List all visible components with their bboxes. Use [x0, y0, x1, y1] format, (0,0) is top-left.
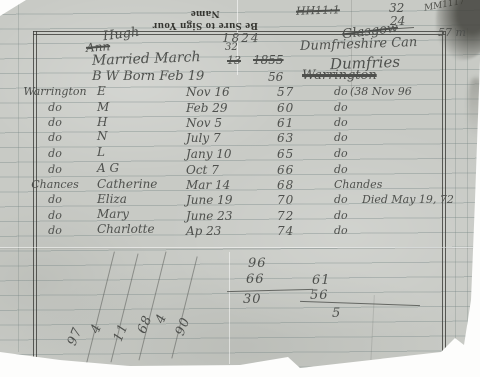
- faint-margin-rule: [18, 0, 19, 352]
- sum2-top: 61: [312, 274, 331, 287]
- birth-year: 61: [277, 117, 294, 129]
- birth-date: June 23: [186, 210, 232, 222]
- birth-date: Feb 29: [186, 102, 228, 114]
- residence: do: [334, 86, 348, 97]
- born-year: 56: [268, 71, 283, 83]
- sum1-top: 96: [248, 257, 267, 270]
- paper-sheet: Be Sure to Sign Your Name HH11:1 32 24 M…: [0, 0, 480, 377]
- birth-year: 65: [277, 148, 294, 160]
- fraction-numerator: 32: [389, 2, 404, 14]
- margin-surname: Warrington: [16, 86, 94, 97]
- margin-surname: do: [16, 210, 94, 221]
- birth-year: 70: [277, 194, 294, 206]
- birth-year: 63: [277, 132, 294, 144]
- tally-marks: HH11:1: [296, 4, 340, 17]
- birth-year: 72: [277, 210, 294, 222]
- given-name: A G: [97, 162, 119, 174]
- birth-date: Nov 16: [186, 86, 230, 98]
- married-label: Married March: [92, 50, 201, 68]
- birth-date: June 19: [186, 194, 232, 206]
- given-name: E: [97, 85, 106, 97]
- printed-sign-name-label: Be Sure to Sign Your Name: [138, 8, 272, 32]
- table-border-right-inner: [445, 31, 446, 349]
- birth-year: 66: [277, 164, 294, 176]
- residence: do: [334, 164, 348, 175]
- residence: do: [334, 194, 348, 205]
- age-note: 57 m: [438, 27, 466, 38]
- birth-year: 60: [277, 102, 294, 114]
- given-name: L: [97, 146, 105, 158]
- residence: Chandes: [334, 179, 382, 190]
- margin-surname: do: [16, 225, 94, 236]
- married-day-struck: 13: [227, 55, 241, 66]
- residence: do: [334, 225, 348, 236]
- sum1-result: 30: [243, 293, 262, 306]
- margin-surname: do: [16, 148, 94, 159]
- margin-surname: do: [16, 117, 94, 128]
- sum1-bottom: 66: [246, 273, 265, 286]
- residence: do: [334, 210, 348, 221]
- row-note: (38 Nov 96: [350, 86, 412, 97]
- residence: do: [334, 132, 348, 143]
- given-name: Mary: [97, 208, 129, 220]
- faint-right-rule-2: [467, 28, 468, 344]
- edge-smudge: [468, 78, 480, 138]
- margin-surname: do: [16, 132, 94, 143]
- residence: do: [334, 102, 348, 113]
- crease-horizontal: [0, 247, 480, 248]
- birth-year: 57: [277, 86, 294, 98]
- given-name: Charlotte: [97, 223, 155, 235]
- given-name: Eliza: [97, 193, 127, 205]
- residence: do: [334, 117, 348, 128]
- birth-date: Jany 10: [186, 148, 232, 160]
- sum2-result: 5: [332, 307, 340, 320]
- birthplace: Dumfrieshire Can: [300, 36, 418, 53]
- birth-year: 68: [277, 179, 294, 191]
- given-name: H: [97, 116, 107, 128]
- born-label: B W Born Feb 19: [92, 70, 204, 83]
- margin-surname: do: [16, 102, 94, 113]
- table-border-right-outer: [442, 31, 443, 351]
- birth-date: Oct 7: [186, 164, 219, 176]
- birth-date: July 7: [186, 132, 221, 144]
- margin-surname: Chances: [16, 179, 94, 190]
- birth-date: Ap 23: [186, 225, 221, 237]
- birth-date: Mar 14: [186, 179, 230, 191]
- margin-surname: do: [16, 164, 94, 175]
- given-name: M: [97, 101, 109, 113]
- given-name: N: [97, 130, 108, 142]
- scanned-ledger-page: Be Sure to Sign Your Name HH11:1 32 24 M…: [0, 0, 480, 377]
- birth-year: 74: [277, 225, 294, 237]
- death-note: Died May 19, 72: [362, 194, 454, 205]
- faint-right-rule-1: [455, 28, 456, 350]
- born-place-struck: Warrington: [302, 69, 377, 82]
- crease-vertical-4: [229, 252, 230, 364]
- margin-surname: do: [16, 194, 94, 205]
- residence: do: [334, 148, 348, 159]
- given-name: Catherine: [97, 178, 157, 190]
- married-day-corrected: 32: [225, 43, 238, 53]
- birth-date: Nov 5: [186, 117, 222, 129]
- sum2-bottom: 56: [310, 289, 329, 302]
- married-year: 1855: [253, 54, 284, 66]
